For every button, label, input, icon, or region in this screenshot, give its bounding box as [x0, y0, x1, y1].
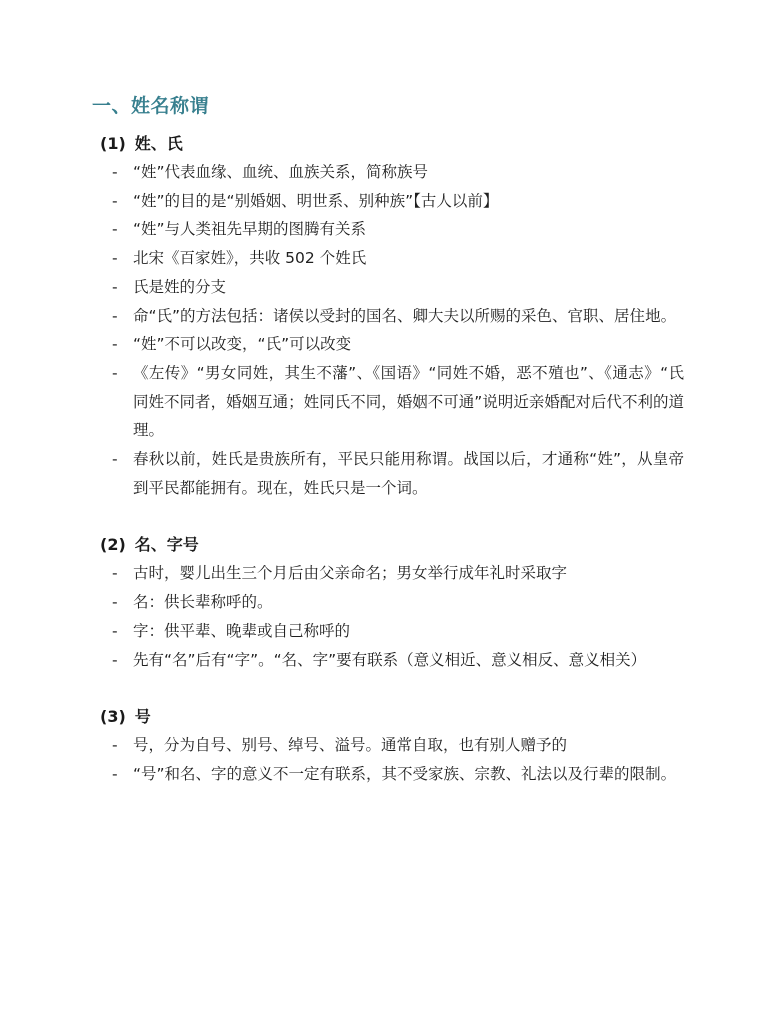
list-item: - “姓”与人类祖先早期的图腾有关系	[112, 215, 686, 244]
bullet-text: “号”和名、字的意义不一定有联系，其不受家族、宗教、礼法以及行辈的限制。	[133, 760, 684, 789]
list-item: - “姓”代表血缘、血统、血族关系，简称族号	[112, 158, 686, 187]
section-number: (2)	[100, 530, 126, 559]
list-item: - 春秋以前，姓氏是贵族所有，平民只能用称谓。战国以后，才通称“姓”，从皇帝到平…	[112, 445, 686, 502]
document-page: 一、姓名称谓 (1) 姓、氏 - “姓”代表血缘、血统、血族关系，简称族号 - …	[0, 0, 768, 1024]
section-heading: (2) 名、字号	[100, 530, 686, 559]
bullet-text: 先有“名”后有“字”。“名、字”要有联系（意义相近、意义相反、意义相关）	[133, 646, 684, 675]
section-ming-zihao: (2) 名、字号 - 古时，婴儿出生三个月后由父亲命名；男女举行成年礼时采取字 …	[92, 530, 686, 674]
bullet-dash: -	[112, 244, 133, 273]
section-heading: (1) 姓、氏	[100, 129, 686, 158]
bullet-dash: -	[112, 588, 133, 617]
bullet-list: - “姓”代表血缘、血统、血族关系，简称族号 - “姓”的目的是“别婚姻、明世系…	[92, 158, 686, 502]
list-item: - 古时，婴儿出生三个月后由父亲命名；男女举行成年礼时采取字	[112, 559, 686, 588]
bullet-dash: -	[112, 760, 133, 789]
bullet-text: 北宋《百家姓》，共收 502 个姓氏	[133, 244, 684, 273]
list-item: - 命“氏”的方法包括：诸侯以受封的国名、卿大夫以所赐的采色、官职、居住地。	[112, 302, 686, 331]
list-item: - “姓”的目的是“别婚姻、明世系、别种族”【古人以前】	[112, 187, 686, 216]
bullet-dash: -	[112, 158, 133, 187]
bullet-dash: -	[112, 559, 133, 588]
bullet-text: 春秋以前，姓氏是贵族所有，平民只能用称谓。战国以后，才通称“姓”，从皇帝到平民都…	[133, 445, 684, 502]
list-item: - 氏是姓的分支	[112, 273, 686, 302]
bullet-list: - 古时，婴儿出生三个月后由父亲命名；男女举行成年礼时采取字 - 名：供长辈称呼…	[92, 559, 686, 674]
section-title: 名、字号	[135, 530, 199, 559]
bullet-dash: -	[112, 731, 133, 760]
bullet-dash: -	[112, 617, 133, 646]
list-item: - 名：供长辈称呼的。	[112, 588, 686, 617]
list-item: - 号，分为自号、别号、绰号、溢号。通常自取，也有别人赠予的	[112, 731, 686, 760]
list-item: - “号”和名、字的意义不一定有联系，其不受家族、宗教、礼法以及行辈的限制。	[112, 760, 686, 789]
bullet-text: 氏是姓的分支	[133, 273, 684, 302]
list-item: - 北宋《百家姓》，共收 502 个姓氏	[112, 244, 686, 273]
bullet-dash: -	[112, 187, 133, 216]
bullet-dash: -	[112, 273, 133, 302]
section-title: 姓、氏	[135, 129, 183, 158]
section-hao: (3) 号 - 号，分为自号、别号、绰号、溢号。通常自取，也有别人赠予的 - “…	[92, 702, 686, 788]
bullet-dash: -	[112, 302, 133, 331]
bullet-dash: -	[112, 359, 133, 445]
bullet-text: “姓”代表血缘、血统、血族关系，简称族号	[133, 158, 684, 187]
bullet-text: “姓”不可以改变，“氏”可以改变	[133, 330, 684, 359]
list-item: - “姓”不可以改变，“氏”可以改变	[112, 330, 686, 359]
section-number: (3)	[100, 702, 126, 731]
bullet-dash: -	[112, 646, 133, 675]
section-number: (1)	[100, 129, 126, 158]
bullet-text: 《左传》“男女同姓，其生不藩”、《国语》“同姓不婚，恶不殖也”、《通志》“氏同姓…	[133, 359, 684, 445]
bullet-dash: -	[112, 445, 133, 502]
bullet-list: - 号，分为自号、别号、绰号、溢号。通常自取，也有别人赠予的 - “号”和名、字…	[92, 731, 686, 788]
section-title: 号	[135, 702, 151, 731]
list-item: - 先有“名”后有“字”。“名、字”要有联系（意义相近、意义相反、意义相关）	[112, 646, 686, 675]
section-xing-shi: (1) 姓、氏 - “姓”代表血缘、血统、血族关系，简称族号 - “姓”的目的是…	[92, 129, 686, 502]
bullet-dash: -	[112, 215, 133, 244]
bullet-text: “姓”的目的是“别婚姻、明世系、别种族”【古人以前】	[133, 187, 684, 216]
bullet-text: 命“氏”的方法包括：诸侯以受封的国名、卿大夫以所赐的采色、官职、居住地。	[133, 302, 684, 331]
bullet-text: 古时，婴儿出生三个月后由父亲命名；男女举行成年礼时采取字	[133, 559, 684, 588]
bullet-dash: -	[112, 330, 133, 359]
bullet-text: 号，分为自号、别号、绰号、溢号。通常自取，也有别人赠予的	[133, 731, 684, 760]
section-heading: (3) 号	[100, 702, 686, 731]
bullet-text: 名：供长辈称呼的。	[133, 588, 684, 617]
list-item: - 字：供平辈、晚辈或自己称呼的	[112, 617, 686, 646]
page-title: 一、姓名称谓	[92, 95, 686, 117]
bullet-text: 字：供平辈、晚辈或自己称呼的	[133, 617, 684, 646]
list-item: - 《左传》“男女同姓，其生不藩”、《国语》“同姓不婚，恶不殖也”、《通志》“氏…	[112, 359, 686, 445]
bullet-text: “姓”与人类祖先早期的图腾有关系	[133, 215, 684, 244]
